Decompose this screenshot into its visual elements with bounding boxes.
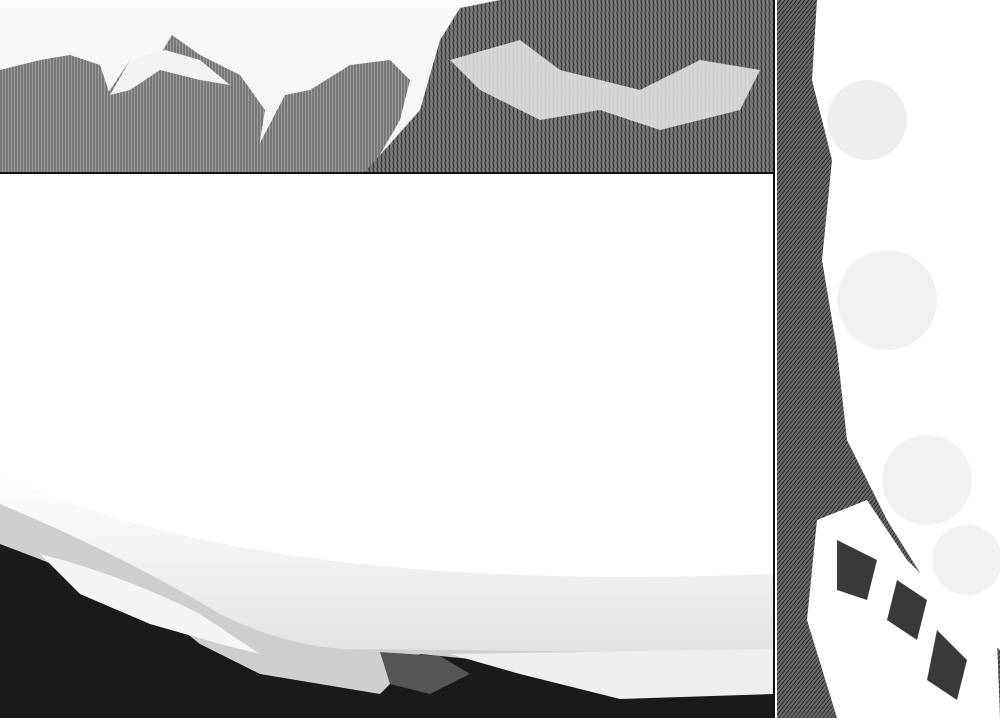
main-panel-horizon <box>0 174 775 718</box>
horizon-terrain-illustration <box>0 174 773 718</box>
ridge-illustration <box>777 0 1000 718</box>
mountain-range-illustration <box>0 0 773 172</box>
top-panel-mountain-range <box>0 0 775 174</box>
right-panel-ridge <box>777 0 1000 718</box>
